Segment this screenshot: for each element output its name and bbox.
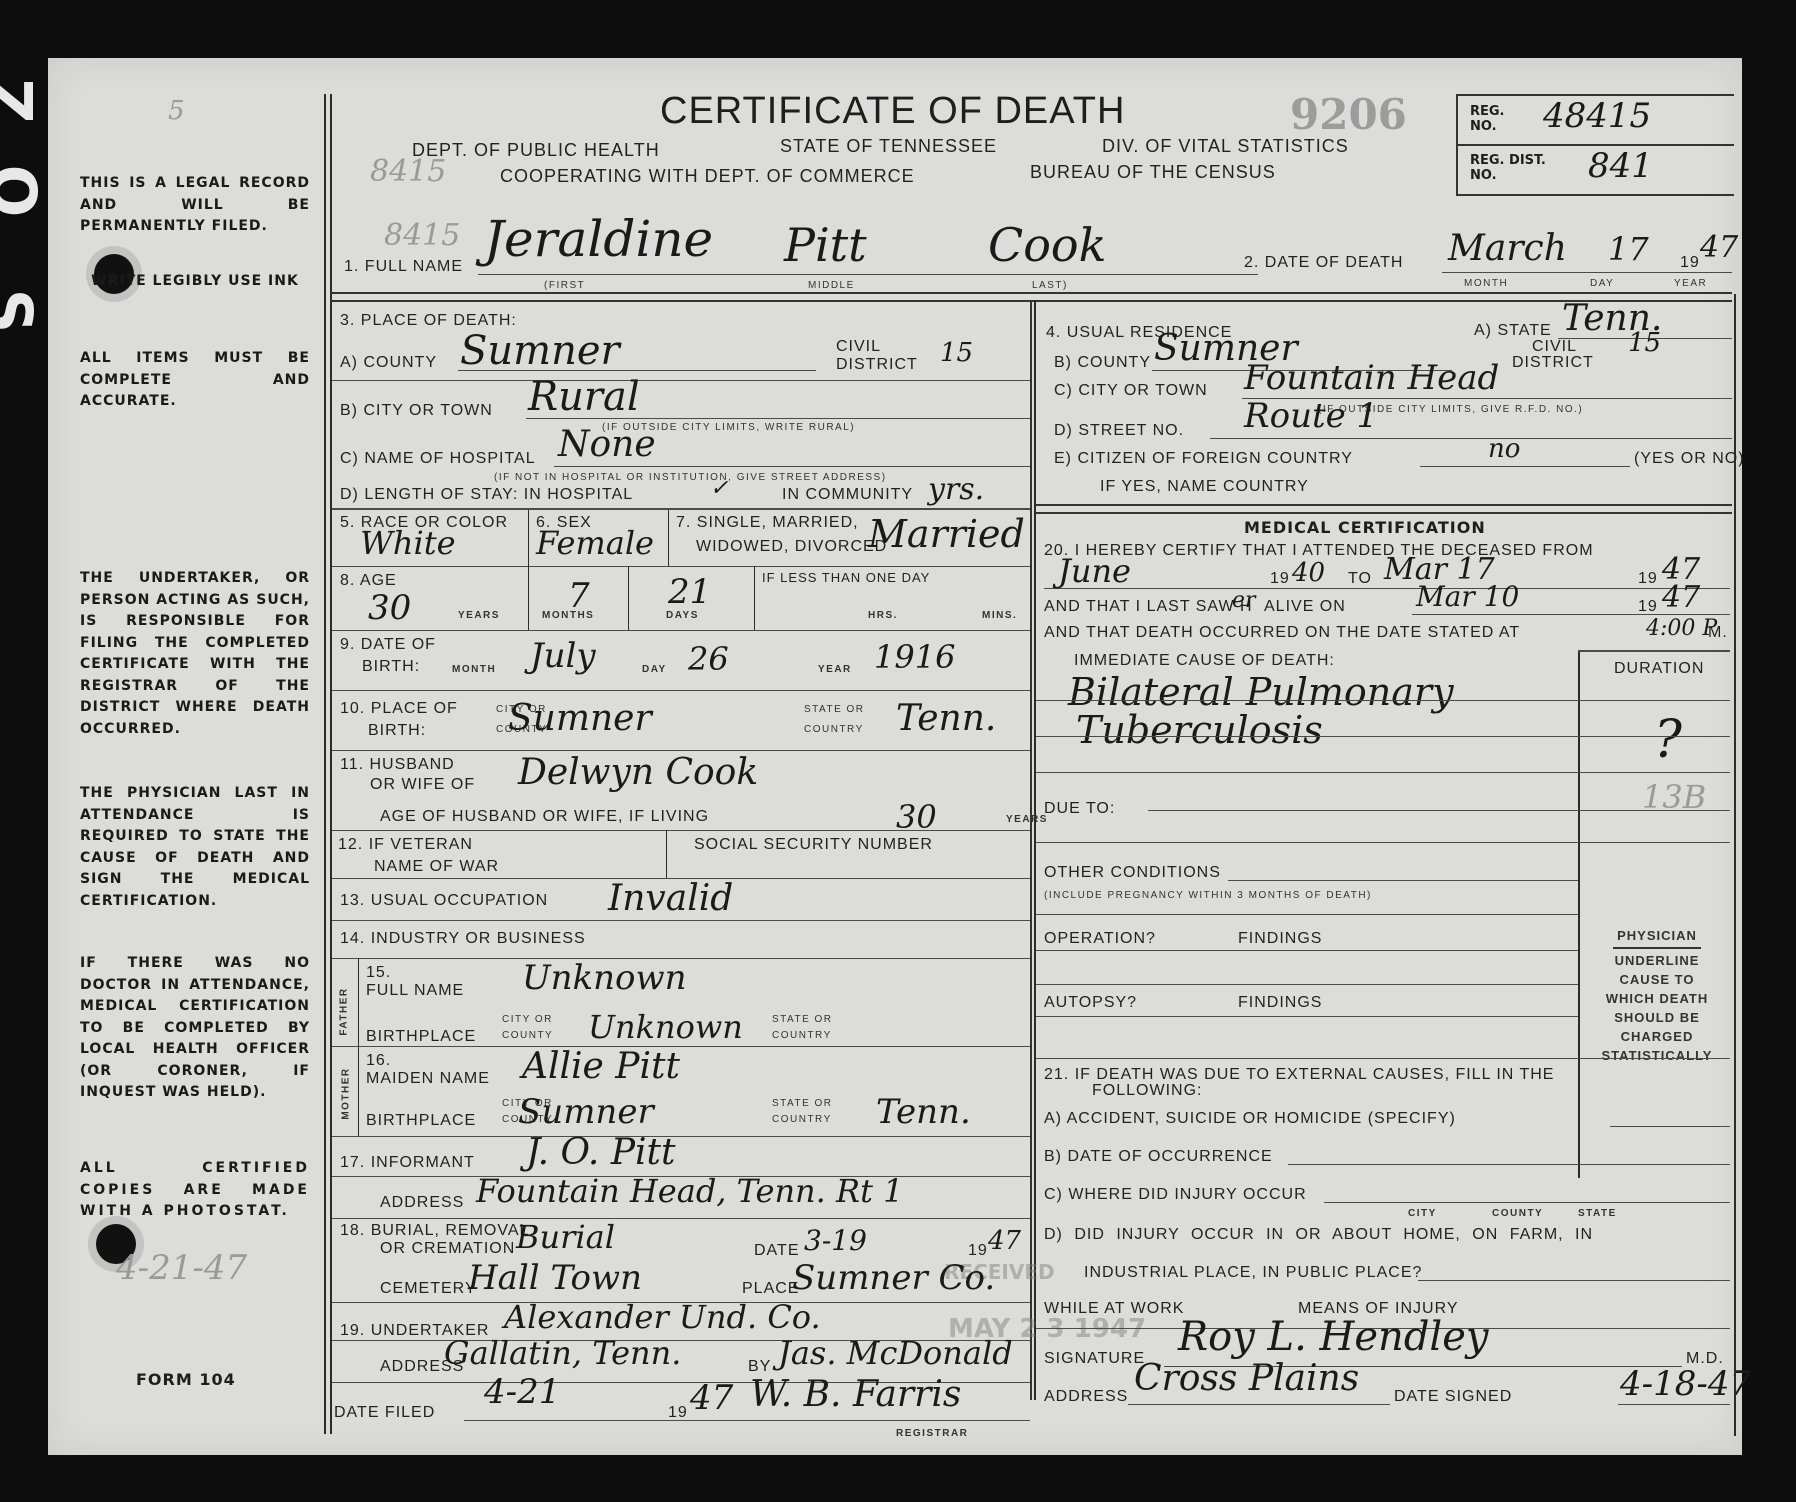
from-year-prefix: 19 — [1270, 570, 1290, 588]
field-line — [1442, 272, 1732, 273]
accident-label: A) ACCIDENT, SUICIDE OR HOMICIDE (SPECIF… — [1044, 1110, 1456, 1128]
day-caption: DAY — [1590, 278, 1614, 289]
other-conditions-note: (INCLUDE PREGNANCY WITHIN 3 MONTHS OF DE… — [1044, 890, 1372, 901]
form-border-left — [324, 94, 326, 1434]
undertaker-value: Alexander Und. Co. — [504, 1298, 821, 1336]
informant-address-label: ADDRESS — [380, 1194, 464, 1212]
father-num: 15. — [366, 964, 391, 982]
stay-hospital-value: ✓ — [710, 476, 728, 501]
ssn-label: SOCIAL SECURITY NUMBER — [694, 836, 933, 854]
notice-photostat: ALL CERTIFIED COPIES ARE MADE WITH A PHO… — [80, 1158, 310, 1223]
from-year: 40 — [1292, 558, 1325, 588]
hospital-note: (IF NOT IN HOSPITAL OR INSTITUTION, GIVE… — [494, 472, 887, 483]
row-rule — [332, 508, 1030, 510]
notice-all-items: ALL ITEMS MUST BE COMPLETE AND ACCURATE. — [80, 348, 310, 413]
film-border-mark: O — [0, 165, 43, 218]
page-mark: 5 — [168, 96, 185, 126]
row-rule — [332, 830, 1030, 831]
mother-birthplace: Sumner — [518, 1092, 654, 1132]
to-label: TO — [1348, 570, 1372, 588]
dob-label-1: 9. DATE OF — [340, 636, 436, 654]
last-year-prefix: 19 — [1638, 598, 1658, 616]
marital-value: Married — [868, 512, 1025, 556]
month-caption: MONTH — [1464, 278, 1508, 289]
field-line — [1420, 466, 1630, 467]
date-occurrence-label: B) DATE OF OCCURRENCE — [1044, 1148, 1273, 1166]
registrar-caption: REGISTRAR — [896, 1428, 968, 1439]
cell-divider — [528, 566, 529, 630]
other-conditions-label: OTHER CONDITIONS — [1044, 864, 1221, 882]
cell-divider — [528, 510, 529, 566]
row-rule — [332, 1136, 1030, 1137]
mother-state-cap1: STATE OR — [772, 1098, 833, 1109]
burial-label-2: OR CREMATION — [380, 1240, 515, 1258]
field-line — [1036, 914, 1578, 915]
middle-caption: MIDDLE — [808, 280, 855, 291]
injury-place-label-1: D) DID INJURY OCCUR IN OR ABOUT HOME, ON… — [1044, 1226, 1593, 1244]
race-value: White — [360, 524, 456, 562]
dob-month-label: MONTH — [452, 664, 496, 675]
date-signed: 4-18-47 — [1620, 1364, 1751, 1404]
father-birth-label: BIRTHPLACE — [366, 1028, 476, 1046]
death-month: March — [1448, 228, 1567, 269]
pob-label-1: 10. PLACE OF — [340, 700, 458, 718]
death-year-prefix: 19 — [1680, 254, 1700, 272]
spouse-label-2: OR WIFE OF — [370, 776, 475, 794]
dept-name: DEPT. OF PUBLIC HEALTH — [412, 140, 660, 161]
hrs-caption: HRS. — [868, 610, 898, 621]
injury-city-cap: CITY — [1408, 1208, 1437, 1219]
less-than-day-label: IF LESS THAN ONE DAY — [762, 570, 930, 585]
medical-cert-title: MEDICAL CERTIFICATION — [1244, 518, 1486, 537]
death-city: Rural — [528, 374, 640, 420]
mother-side-label: MOTHER — [341, 1067, 352, 1119]
mother-name: Allie Pitt — [522, 1046, 680, 1087]
date-of-death-label: 2. DATE OF DEATH — [1244, 254, 1403, 272]
occupation-value: Invalid — [608, 878, 733, 919]
section-rule — [1036, 1058, 1730, 1059]
father-name-label: FULL NAME — [366, 982, 464, 1000]
last-year: 47 — [1662, 580, 1700, 615]
attended-from: June — [1058, 552, 1131, 590]
father-state-cap1: STATE OR — [772, 1014, 833, 1025]
informant-address: Fountain Head, Tenn. Rt 1 — [476, 1172, 903, 1210]
res-city: Fountain Head — [1244, 358, 1499, 398]
death-district: 15 — [940, 338, 973, 368]
notice-legal-record: THIS IS A LEGAL RECORD AND WILL BE PERMA… — [80, 173, 310, 238]
signature-label: SIGNATURE — [1044, 1350, 1145, 1368]
row-rule — [332, 566, 1030, 567]
father-city-cap1: CITY OR — [502, 1014, 553, 1025]
injury-state-cap: STATE — [1578, 1208, 1617, 1219]
cell-divider — [668, 510, 669, 566]
division-name: DIV. OF VITAL STATISTICS — [1102, 136, 1349, 157]
external-following-label: FOLLOWING: — [1092, 1082, 1202, 1100]
field-line — [1228, 880, 1578, 881]
row-rule — [332, 690, 1030, 691]
notice-write-legibly: WRITE LEGIBLY USE INK — [80, 271, 310, 293]
physician-address: Cross Plains — [1134, 1358, 1359, 1399]
year-caption: YEAR — [1674, 278, 1707, 289]
burial-date: 3-19 — [804, 1224, 867, 1257]
cemetery-value: Hall Town — [468, 1258, 642, 1298]
middle-name: Pitt — [784, 218, 867, 272]
dob-day-label: DAY — [642, 664, 667, 675]
duration-value: ? — [1654, 710, 1682, 770]
mins-caption: MINS. — [982, 610, 1017, 621]
duration-top — [1578, 650, 1730, 652]
undertaker-by: Jas. McDonald — [778, 1334, 1013, 1372]
civil-label: CIVIL — [836, 338, 881, 356]
stay-community-value: yrs. — [928, 472, 984, 507]
row-rule — [332, 630, 1030, 631]
form-border-right — [1734, 294, 1736, 1436]
community-label: IN COMMUNITY — [782, 486, 913, 504]
field-line — [1210, 438, 1732, 439]
mother-birth-state: Tenn. — [876, 1092, 971, 1132]
column-divider — [1034, 300, 1036, 1400]
field-line — [1044, 588, 1730, 589]
country-label: IF YES, NAME COUNTRY — [1100, 478, 1309, 496]
physician-note-line: STATISTICALLY — [1584, 1046, 1730, 1065]
section-rule — [1036, 504, 1732, 514]
physician-note-line: CAUSE TO — [1584, 970, 1730, 989]
field-line — [1288, 1164, 1730, 1165]
dob-year-label: YEAR — [818, 664, 852, 675]
row-rule — [332, 380, 1030, 381]
informant-name: J. O. Pitt — [526, 1132, 675, 1173]
cell-divider — [666, 830, 667, 878]
sex-value: Female — [536, 524, 654, 562]
mother-state-cap2: COUNTRY — [772, 1114, 832, 1125]
due-to-label: DUE TO: — [1044, 800, 1115, 818]
pencil-note: 8415 — [370, 154, 446, 189]
pob-city: Sumner — [508, 698, 652, 739]
citizen-note: (YES OR NO) — [1634, 450, 1745, 468]
cell-divider — [754, 566, 755, 630]
reg-no-value: 48415 — [1543, 96, 1651, 136]
operation-findings-label: FINDINGS — [1238, 930, 1322, 948]
spouse-name: Delwyn Cook — [518, 752, 758, 793]
duration-divider — [1578, 650, 1580, 1178]
pob-state: Tenn. — [896, 698, 996, 739]
form-number: FORM 104 — [136, 1370, 236, 1389]
mother-birth-label: BIRTHPLACE — [366, 1112, 476, 1130]
cause-rule — [1036, 736, 1730, 737]
field-line — [1036, 984, 1578, 985]
physician-note: PHYSICIAN UNDERLINE CAUSE TO WHICH DEATH… — [1584, 926, 1730, 1065]
reg-no-label: REG. NO. — [1470, 104, 1510, 134]
injury-place-label-2: INDUSTRIAL PLACE, IN PUBLIC PLACE? — [1084, 1264, 1422, 1282]
immediate-cause-label: IMMEDIATE CAUSE OF DEATH: — [1074, 652, 1335, 670]
date-filed-label: DATE FILED — [334, 1404, 435, 1422]
physician-signature: Roy L. Hendley — [1178, 1314, 1489, 1360]
res-district-label: DISTRICT — [1512, 354, 1594, 372]
pencil-date: 4-21-47 — [116, 1248, 247, 1288]
citizen-value: no — [1488, 434, 1520, 464]
mother-name-label: MAIDEN NAME — [366, 1070, 490, 1088]
field-line — [1618, 1404, 1730, 1405]
pencil-note: 8415 — [384, 218, 460, 253]
field-line — [1128, 1404, 1390, 1405]
parent-side-divider — [358, 958, 359, 1136]
field-line — [1148, 810, 1730, 811]
date-filed: 4-21 — [484, 1372, 560, 1412]
last-saw-label: AND THAT I LAST SAW H — [1044, 598, 1253, 616]
registrar-signature: W. B. Farris — [750, 1374, 961, 1415]
informant-label: 17. INFORMANT — [340, 1154, 475, 1172]
duration-label: DURATION — [1614, 660, 1704, 678]
res-city-label: C) CITY OR TOWN — [1054, 382, 1208, 400]
marital-label-2: WIDOWED, DIVORCED — [696, 538, 887, 556]
reg-dist-label: REG. DIST. NO. — [1470, 153, 1560, 183]
occupation-label: 13. USUAL OCCUPATION — [340, 892, 548, 910]
first-name: Jeraldine — [484, 210, 713, 268]
citizen-label: E) CITIZEN OF FOREIGN COUNTRY — [1054, 450, 1353, 468]
field-line — [1418, 1280, 1730, 1281]
film-border-mark: S — [0, 289, 39, 334]
burial-value: Burial — [516, 1218, 615, 1256]
pob-state-cap2: COUNTRY — [804, 724, 864, 735]
veteran-label: 12. IF VETERAN — [338, 836, 473, 854]
injury-where-label: C) WHERE DID INJURY OCCUR — [1044, 1186, 1307, 1204]
notice-no-doctor: IF THERE WAS NO DOCTOR IN ATTENDANCE, ME… — [80, 953, 310, 1104]
last-name: Cook — [988, 218, 1106, 272]
months-caption: MONTHS — [542, 610, 594, 621]
row-rule — [332, 920, 1030, 921]
dob-month: July — [530, 636, 596, 676]
last-caption: LAST) — [1032, 280, 1068, 291]
full-name-label: 1. FULL NAME — [344, 258, 463, 276]
while-at-work-label: WHILE AT WORK — [1044, 1300, 1184, 1318]
film-border-mark: Z — [0, 79, 39, 124]
cell-divider — [628, 566, 629, 630]
death-county: Sumner — [460, 328, 620, 374]
date-signed-label: DATE SIGNED — [1394, 1388, 1512, 1406]
age-years: 30 — [368, 588, 411, 628]
days-caption: DAYS — [666, 610, 699, 621]
field-line — [1036, 842, 1730, 843]
to-year-prefix: 19 — [1638, 570, 1658, 588]
mother-num: 16. — [366, 1052, 391, 1070]
father-birthplace: Unknown — [588, 1008, 743, 1046]
physician-address-label: ADDRESS — [1044, 1388, 1128, 1406]
death-occurred-label: AND THAT DEATH OCCURRED ON THE DATE STAT… — [1044, 624, 1520, 642]
father-name: Unknown — [522, 958, 687, 998]
pob-label-2: BIRTH: — [368, 722, 426, 740]
death-year: 47 — [1700, 230, 1738, 265]
injury-county-cap: COUNTY — [1492, 1208, 1543, 1219]
age-days: 21 — [668, 572, 711, 612]
date-filed-year: 47 — [690, 1378, 733, 1418]
field-line — [1610, 1126, 1730, 1127]
state-name: STATE OF TENNESSEE — [780, 136, 997, 157]
length-of-stay-label: D) LENGTH OF STAY: IN HOSPITAL — [340, 486, 633, 504]
spouse-age-label: AGE OF HUSBAND OR WIFE, IF LIVING — [380, 808, 709, 826]
operation-label: OPERATION? — [1044, 930, 1156, 948]
notice-undertaker: THE UNDERTAKER, OR PERSON ACTING AS SUCH… — [80, 568, 310, 740]
cause-line-2: Tuberculosis — [1076, 708, 1323, 752]
dob-year: 1916 — [874, 638, 955, 676]
war-label: NAME OF WAR — [374, 858, 499, 876]
death-time: 4:00 P — [1646, 616, 1717, 641]
father-state-cap2: COUNTRY — [772, 1030, 832, 1041]
death-time-suffix: M. — [1708, 624, 1728, 642]
notice-physician: THE PHYSICIAN LAST IN ATTENDANCE IS REQU… — [80, 783, 310, 912]
last-saw-date: Mar 10 — [1416, 580, 1519, 613]
bureau-name: BUREAU OF THE CENSUS — [1030, 162, 1276, 183]
spouse-label-1: 11. HUSBAND — [340, 756, 455, 774]
hospital-label: C) NAME OF HOSPITAL — [340, 450, 536, 468]
father-side-label: FATHER — [339, 987, 350, 1035]
res-county-label: B) COUNTY — [1054, 354, 1151, 372]
death-day: 17 — [1608, 230, 1649, 268]
field-line — [1036, 1016, 1578, 1017]
field-line — [464, 1420, 1030, 1421]
pob-state-cap1: STATE OR — [804, 704, 865, 715]
burial-year: 47 — [988, 1226, 1021, 1256]
reg-dist-value: 841 — [1588, 146, 1653, 186]
registration-box: REG. NO. 48415 REG. DIST. NO. 841 — [1456, 94, 1734, 196]
burial-label-1: 18. BURIAL, REMOVAL — [340, 1222, 529, 1240]
father-city-cap2: COUNTY — [502, 1030, 553, 1041]
place-value: Sumner Co. — [792, 1258, 995, 1298]
years-caption: YEARS — [458, 610, 500, 621]
cause-rule — [1036, 700, 1730, 701]
field-line — [554, 466, 1030, 467]
physician-note-line: CHARGED — [1584, 1027, 1730, 1046]
last-saw-pronoun: er — [1232, 588, 1256, 613]
physician-note-line: UNDERLINE — [1584, 951, 1730, 970]
physician-note-line: SHOULD BE — [1584, 1008, 1730, 1027]
row-rule — [332, 750, 1030, 751]
district-label: DISTRICT — [836, 356, 918, 374]
city-label: B) CITY OR TOWN — [340, 402, 493, 420]
autopsy-findings-label: FINDINGS — [1238, 994, 1322, 1012]
physician-note-line: WHICH DEATH — [1584, 989, 1730, 1008]
cause-rule — [1036, 772, 1730, 773]
autopsy-label: AUTOPSY? — [1044, 994, 1137, 1012]
physician-note-line: PHYSICIAN — [1584, 926, 1730, 945]
row-rule — [332, 1218, 1030, 1219]
stamp-number: 9206 — [1290, 90, 1407, 139]
cemetery-label: CEMETERY — [380, 1280, 477, 1298]
alive-on-label: ALIVE ON — [1264, 598, 1346, 616]
street-value: Route 1 — [1244, 396, 1378, 436]
field-line — [1036, 950, 1578, 951]
marital-label-1: 7. SINGLE, MARRIED, — [676, 514, 859, 532]
hospital-name: None — [558, 424, 656, 465]
certificate-paper: 5 THIS IS A LEGAL RECORD AND WILL BE PER… — [48, 58, 1742, 1455]
first-caption: (FIRST — [544, 280, 585, 291]
dob-label-2: BIRTH: — [362, 658, 420, 676]
undertaker-address: Gallatin, Tenn. — [444, 1334, 681, 1372]
date-filed-year-prefix: 19 — [668, 1404, 688, 1422]
street-label: D) STREET NO. — [1054, 422, 1184, 440]
county-label: A) COUNTY — [340, 354, 437, 372]
spouse-age-caption: YEARS — [1006, 814, 1048, 825]
res-district: 15 — [1628, 328, 1661, 358]
row-rule — [332, 1046, 1030, 1047]
place-label: PLACE — [742, 1280, 799, 1298]
cooperating-text: COOPERATING WITH DEPT. OF COMMERCE — [500, 166, 915, 187]
dob-day: 26 — [688, 640, 729, 678]
page-title: CERTIFICATE OF DEATH — [660, 90, 1125, 133]
field-line — [478, 274, 1258, 275]
industry-label: 14. INDUSTRY OR BUSINESS — [340, 930, 586, 948]
field-line — [1324, 1202, 1730, 1203]
